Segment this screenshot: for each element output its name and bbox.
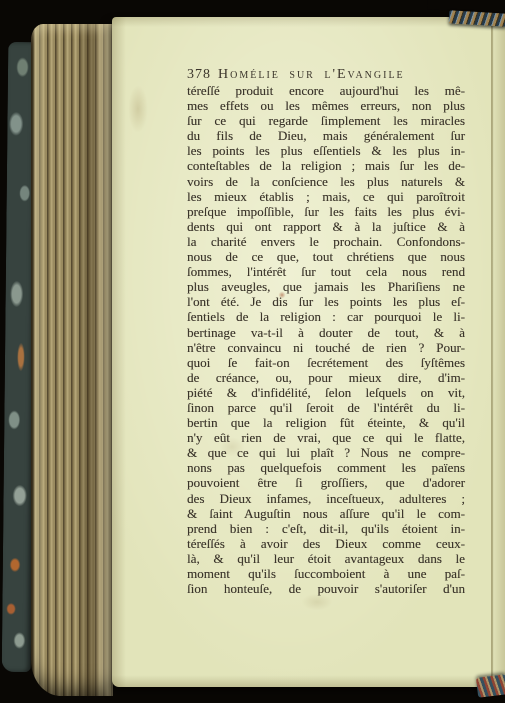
text-line: moment qu'ils ſuccomboient à une paſ- — [187, 566, 465, 581]
text-line: l'ont été. Je dis ſur les points les plu… — [187, 294, 465, 309]
text-line: les points les plus eſſentiels & les plu… — [187, 143, 465, 158]
text-line: du fils de Dieu, mais généralement ſur — [187, 128, 465, 143]
text-line: voirs de la conſcience les plus naturels… — [187, 174, 465, 189]
text-line: la charité envers le prochain. Confondon… — [187, 234, 465, 249]
book-page: 378Homélie sur l'Evangile téreſſé produi… — [112, 17, 505, 687]
text-line: bertin que la religion fût éteinte, & qu… — [187, 415, 465, 430]
text-line: bertinage va-t-il à douter de tout, & à — [187, 325, 465, 340]
text-line: de créance, ou, pour mieux dire, d'im- — [187, 370, 465, 385]
body-text: téreſſé produit encore aujourd'hui les m… — [187, 83, 465, 596]
text-line: ſinon parce qu'il ſeroit de l'intérêt du… — [187, 400, 465, 415]
text-line: téreſſé produit encore aujourd'hui les m… — [187, 83, 465, 98]
book-photo: 378Homélie sur l'Evangile téreſſé produi… — [0, 0, 505, 703]
text-line: ſion honteuſe, de pouvoir s'autoriſer d'… — [187, 581, 465, 596]
text-line: piété & d'infidélité, ſelon leſquels on … — [187, 385, 465, 400]
text-line: ſommes, l'intérêt ſur tout cela nous ren… — [187, 264, 465, 279]
text-line: prend bien : c'eſt, dit-il, qu'ils étoie… — [187, 521, 465, 536]
text-line: dents qui ont rapport & à la juſtice & à — [187, 219, 465, 234]
text-line: quoi ſe fait-on ſecrétement des ſyſtêmes — [187, 355, 465, 370]
text-line: pouvoient être ſi groſſiers, que d'adore… — [187, 475, 465, 490]
running-title: Homélie sur l'Evangile — [218, 67, 405, 82]
text-line: & ſaint Auguſtin nous aſſure qu'il le co… — [187, 506, 465, 521]
text-line: des Dieux infames, inceſtueux, adulteres… — [187, 491, 465, 506]
running-header: 378Homélie sur l'Evangile — [187, 67, 477, 83]
text-line: n'être convaincu ni touché de rien ? Pou… — [187, 340, 465, 355]
text-line: n'y eût rien de vrai, que ce qui le flat… — [187, 430, 465, 445]
page-edges-stack — [31, 24, 113, 696]
text-line: preſque impoſſible, ſur les faits les pl… — [187, 204, 465, 219]
text-line: téreſſés à avoir des Dieux comme ceux- — [187, 536, 465, 551]
page-number: 378 — [187, 67, 211, 82]
text-line: & que ce qui lui plaît ? Nous ne compre- — [187, 445, 465, 460]
text-line: mes effets ou les mêmes erreurs, non plu… — [187, 98, 465, 113]
text-line: plus aveugles, que jamais les Phariſiens… — [187, 279, 465, 294]
text-line: les mieux établis ; mais, ce qui paroîtr… — [187, 189, 465, 204]
text-line: nous de ce que, tout chrétiens que nous — [187, 249, 465, 264]
text-line: nons pas quelquefois comment les païens — [187, 460, 465, 475]
text-line: là, & qu'il leur étoit avantageux dans l… — [187, 551, 465, 566]
text-line: conteſtables de la religion ; mais ſur l… — [187, 158, 465, 173]
tailband-bottom — [476, 674, 505, 698]
text-line: ſentiels de la religion : car pourquoi l… — [187, 309, 465, 324]
text-line: ſur ce qui regarde ſimplement les miracl… — [187, 113, 465, 128]
